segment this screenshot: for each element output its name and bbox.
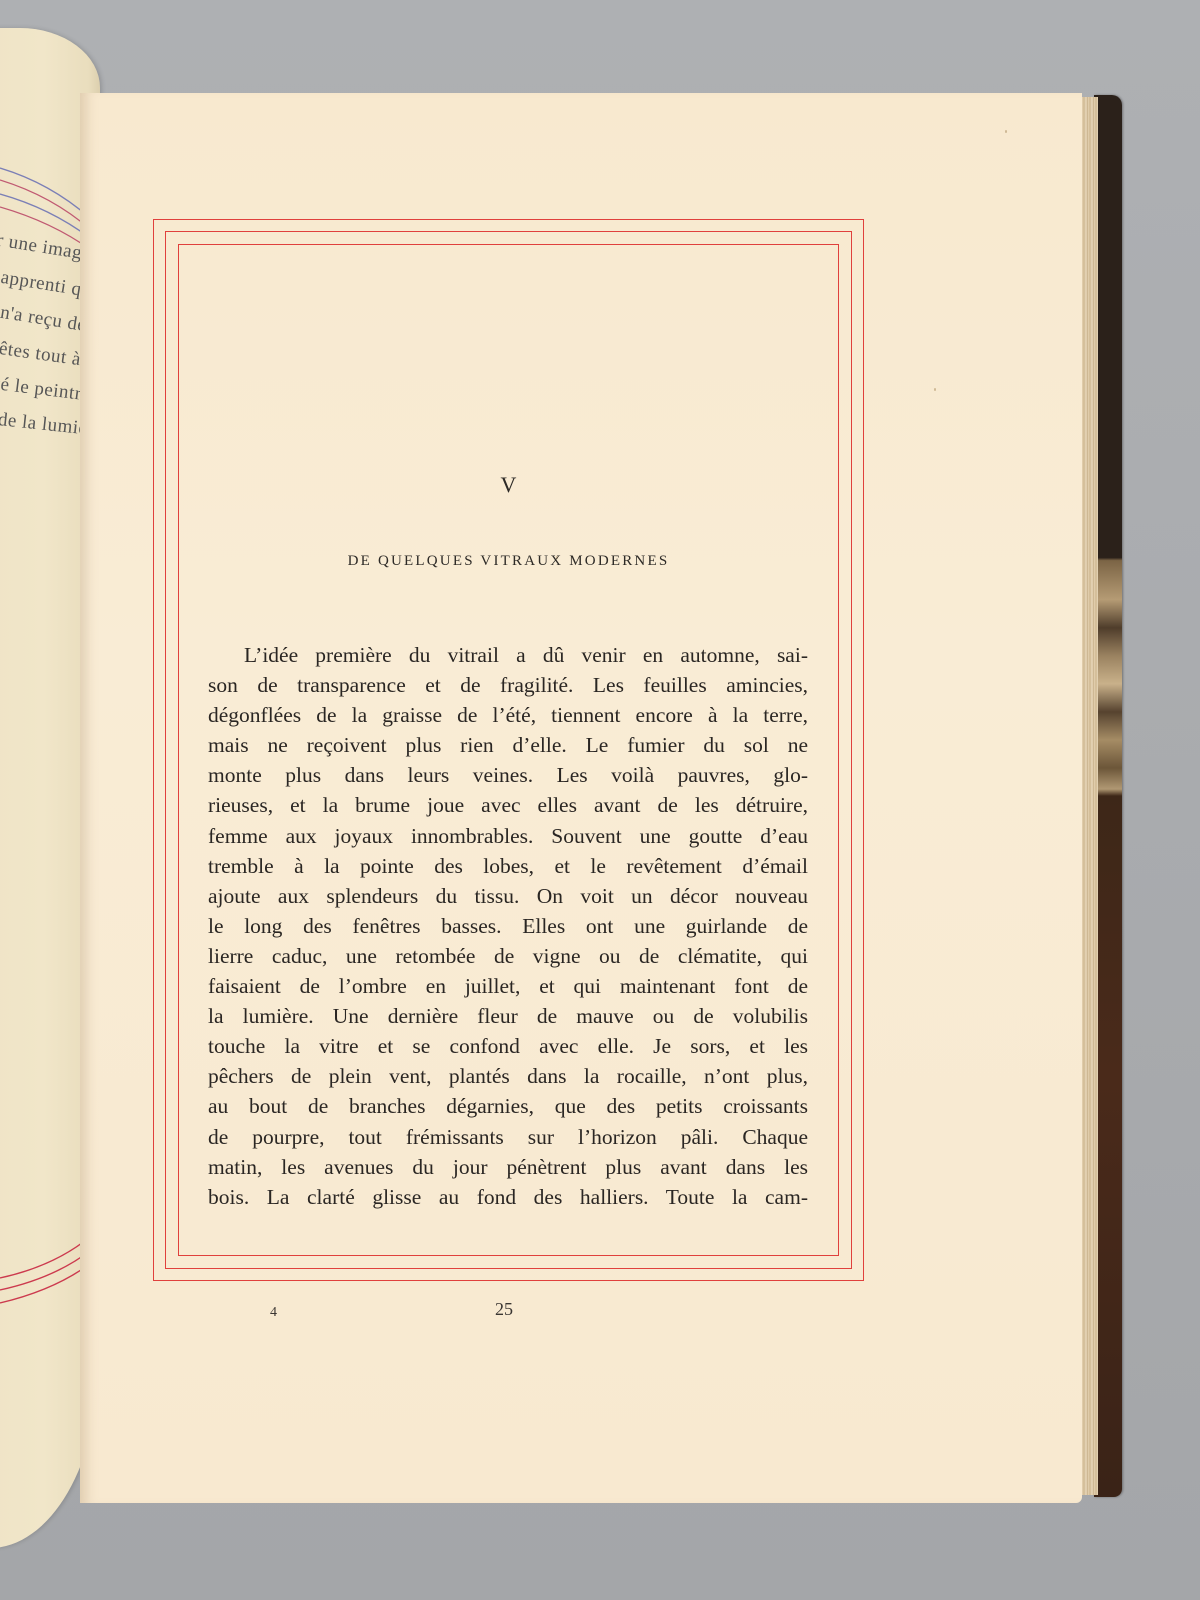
- body-line: dégonflées de la graisse de l’été, tienn…: [208, 700, 808, 730]
- paper-speck: [1005, 130, 1007, 133]
- book-cover-edge: [1094, 95, 1122, 1497]
- body-line: femme aux joyaux innombrables. Souvent u…: [208, 821, 808, 851]
- body-line: pêchers de plein vent, plantés dans la r…: [208, 1061, 808, 1091]
- body-line: le long des fenêtres basses. Elles ont u…: [208, 911, 808, 941]
- paper-speck: [934, 388, 936, 391]
- body-line: ajoute aux splendeurs du tissu. On voit …: [208, 881, 808, 911]
- body-paragraph: L’idée première du vitrail a dû venir en…: [208, 640, 808, 1212]
- body-line: bois. La clarté glisse au fond des halli…: [208, 1182, 808, 1212]
- body-line: lierre caduc, une retombée de vigne ou d…: [208, 941, 808, 971]
- body-line: faisaient de l’ombre en juillet, et qui …: [208, 971, 808, 1001]
- chapter-title: DE QUELQUES VITRAUX MODERNES: [0, 553, 1017, 570]
- body-line: de pourpre, tout frémissants sur l’horiz…: [208, 1122, 808, 1152]
- body-line: mais ne reçoivent plus rien d’elle. Le f…: [208, 730, 808, 760]
- body-line: L’idée première du vitrail a dû venir en…: [208, 640, 808, 670]
- body-line: rieuses, et la brume joue avec elles ava…: [208, 790, 808, 820]
- signature-mark: 4: [270, 1305, 277, 1321]
- body-line: monte plus dans leurs veines. Les voilà …: [208, 760, 808, 790]
- body-line: au bout de branches dégarnies, que des p…: [208, 1091, 808, 1121]
- body-line: tremble à la pointe des lobes, et le rev…: [208, 851, 808, 881]
- body-line: la lumière. Une dernière fleur de mauve …: [208, 1001, 808, 1031]
- chapter-number: V: [0, 472, 1017, 498]
- body-line: matin, les avenues du jour pénètrent plu…: [208, 1152, 808, 1182]
- page-block-edge: [1082, 97, 1098, 1495]
- page-number: 25: [495, 1299, 513, 1320]
- body-line: son de transparence et de fragilité. Les…: [208, 670, 808, 700]
- body-line: touche la vitre et se confond avec elle.…: [208, 1031, 808, 1061]
